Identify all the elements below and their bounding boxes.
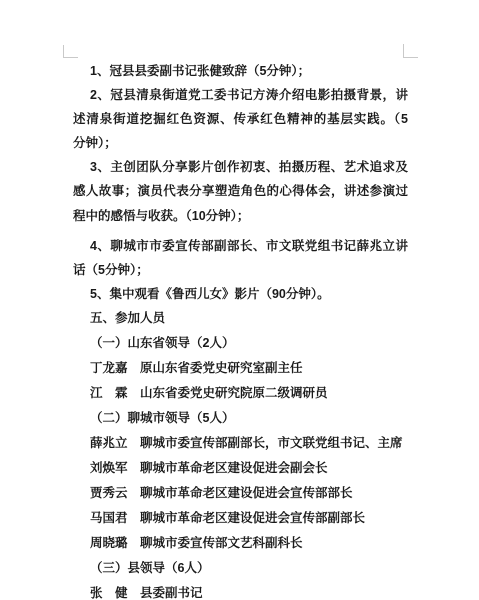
participant-row: 马国君 聊城市革命老区建设促进会宣传部副部长 (73, 506, 408, 531)
agenda-section: 1、冠县县委副书记张健致辞（5分钟）； 2、冠县清泉街道党工委书记方涛介绍电影拍… (73, 59, 408, 306)
doc-line: 述清泉街道挖掘红色资源、传承红色精神的基层实践。（5 (73, 107, 408, 131)
subsection-heading: （一）山东省领导（2人） (73, 331, 408, 356)
participant-row: 刘焕军 聊城市革命老区建设促进会副会长 (73, 456, 408, 481)
document-page: 1、冠县县委副书记张健致辞（5分钟）； 2、冠县清泉街道党工委书记方涛介绍电影拍… (0, 0, 479, 600)
doc-line: 话（5分钟）； (73, 258, 408, 282)
subsection-heading: （三）县领导（6人） (73, 556, 408, 581)
doc-line: 1、冠县县委副书记张健致辞（5分钟）； (73, 59, 408, 83)
text-boundary-mark-top-left (63, 45, 78, 58)
doc-line: 4、聊城市市委宣传部副部长、市文联党组书记薛兆立讲 (73, 234, 408, 258)
participants-section: 五、参加人员 （一）山东省领导（2人） 丁龙嘉 原山东省委党史研究室副主任 江 … (73, 306, 408, 600)
participant-row: 周晓璐 聊城市委宣传部文艺科副科长 (73, 531, 408, 556)
doc-line: 5、集中观看《鲁西儿女》影片（90分钟）。 (73, 282, 408, 306)
document-body: 1、冠县县委副书记张健致辞（5分钟）； 2、冠县清泉街道党工委书记方涛介绍电影拍… (73, 59, 408, 600)
participant-row: 贾秀云 聊城市革命老区建设促进会宣传部部长 (73, 481, 408, 506)
participant-row: 江 霖 山东省委党史研究院原二级调研员 (73, 381, 408, 406)
doc-line: 分钟）； (73, 131, 408, 155)
doc-line: 程中的感悟与收获。（10分钟）； (73, 204, 408, 228)
section-heading: 五、参加人员 (73, 306, 408, 331)
doc-line: 感人故事；演员代表分享塑造角色的心得体会，讲述参演过 (73, 179, 408, 203)
participant-row: 张 健 县委副书记 (73, 581, 408, 600)
participant-row: 薛兆立 聊城市委宣传部副部长，市文联党组书记、主席 (73, 431, 408, 456)
subsection-heading: （二）聊城市领导（5人） (73, 406, 408, 431)
text-boundary-mark-top-right (403, 44, 418, 58)
doc-line: 3、主创团队分享影片创作初衷、拍摄历程、艺术追求及 (73, 155, 408, 179)
participant-row: 丁龙嘉 原山东省委党史研究室副主任 (73, 356, 408, 381)
doc-line: 2、冠县清泉街道党工委书记方涛介绍电影拍摄背景，讲 (73, 83, 408, 107)
